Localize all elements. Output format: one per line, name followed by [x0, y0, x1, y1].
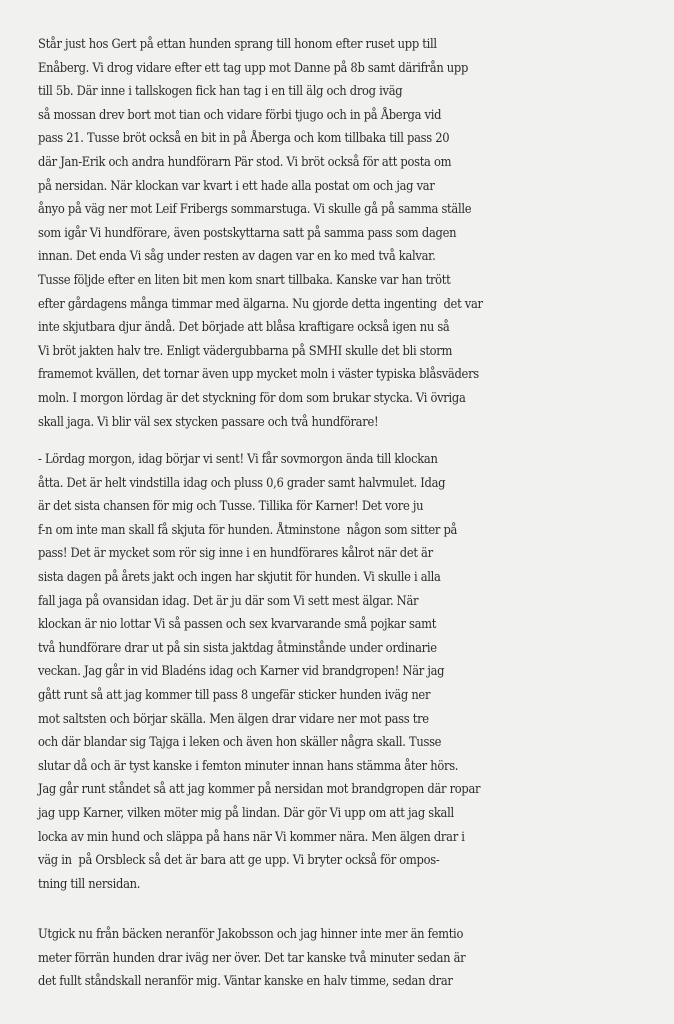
text-line: innan. Det enda Vi såg under resten av d… [38, 245, 580, 269]
text-line: klockan är nio lottar Vi så passen och s… [38, 613, 580, 637]
text-line: och där blandar sig Tajga i leken och äv… [38, 731, 580, 755]
text-line: där Jan-Erik och andra hundförarn Pär st… [38, 151, 580, 175]
text-line: - Lördag morgon, idag börjar vi sent! Vi… [38, 448, 580, 472]
text-line: det fullt ståndskall neranför mig. Vänta… [38, 970, 580, 994]
text-line: pass! Det är mycket som rör sig inne i e… [38, 542, 580, 566]
text-line: gått runt så att jag kommer till pass 8 … [38, 684, 580, 708]
text-line: Tusse följde efter en liten bit men kom … [38, 269, 580, 293]
text-line: skall jaga. Vi blir väl sex stycken pass… [38, 411, 580, 435]
text-line: Står just hos Gert på ettan hunden spran… [38, 33, 580, 57]
text-line: inte skjutbara djur ändå. Det började at… [38, 316, 580, 340]
text-line: Enåberg. Vi drog vidare efter ett tag up… [38, 57, 580, 81]
text-line: efter gårdagens många timmar med älgarna… [38, 293, 580, 317]
text-line: pass 21. Tusse bröt också en bit in på Å… [38, 127, 580, 151]
text-line: på nersidan. När klockan var kvart i ett… [38, 175, 580, 199]
text-line: Vi bröt jakten halv tre. Enligt vädergub… [38, 340, 580, 364]
typewritten-page: Står just hos Gert på ettan hunden spran… [0, 0, 674, 1024]
text-line: som igår Vi hundförare, även postskyttar… [38, 222, 580, 246]
text-line: åtta. Det är helt vindstilla idag och pl… [38, 472, 580, 496]
text-line: ånyo på väg ner mot Leif Fribergs sommar… [38, 198, 580, 222]
text-line: locka av min hund och släppa på hans när… [38, 826, 580, 850]
text-line: fall jaga på ovansidan idag. Det är ju d… [38, 590, 580, 614]
text-line: meter förrän hunden drar iväg ner över. … [38, 947, 580, 971]
paragraph-saturday-morning: - Lördag morgon, idag börjar vi sent! Vi… [38, 448, 668, 896]
paragraph-friday-hunt: Står just hos Gert på ettan hunden spran… [38, 33, 668, 434]
text-line: veckan. Jag går in vid Bladéns idag och … [38, 660, 580, 684]
text-line: mot saltsten och börjar skälla. Men älge… [38, 708, 580, 732]
text-line: moln. I morgon lördag är det styckning f… [38, 387, 580, 411]
text-line: jag upp Karner, vilken möter mig på lind… [38, 802, 580, 826]
text-line: framemot kvällen, det tornar även upp my… [38, 363, 580, 387]
paragraph-creek-start: Utgick nu från bäcken neranför Jakobsson… [38, 923, 668, 994]
text-line: slutar då och är tyst kanske i femton mi… [38, 755, 580, 779]
text-line: tning till nersidan. [38, 873, 580, 897]
text-line: Jag går runt ståndet så att jag kommer p… [38, 778, 580, 802]
text-line: är det sista chansen för mig och Tusse. … [38, 495, 580, 519]
text-line: så mossan drev bort mot tian och vidare … [38, 104, 580, 128]
text-line: sista dagen på årets jakt och ingen har … [38, 566, 580, 590]
text-line: f-n om inte man skall få skjuta för hund… [38, 519, 580, 543]
text-line: väg in på Orsbleck så det är bara att ge… [38, 849, 580, 873]
text-line: två hundförare drar ut på sin sista jakt… [38, 637, 580, 661]
text-line: Utgick nu från bäcken neranför Jakobsson… [38, 923, 580, 947]
text-line: till 5b. Där inne i tallskogen fick han … [38, 80, 580, 104]
